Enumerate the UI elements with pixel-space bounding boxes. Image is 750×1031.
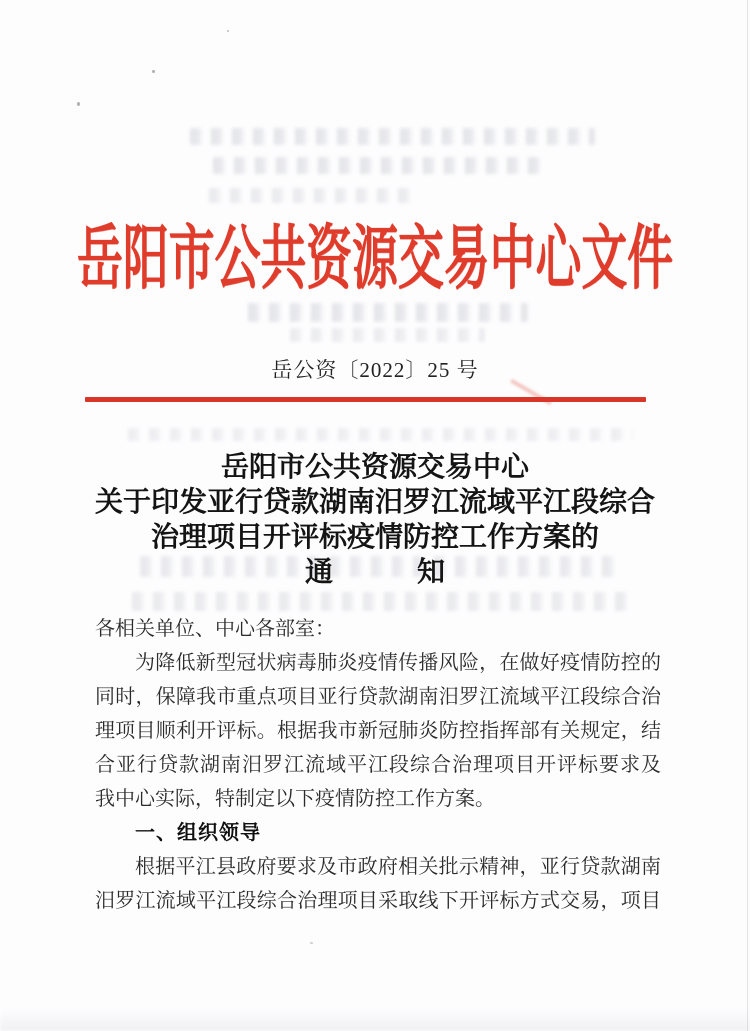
bleedthrough-text <box>128 428 633 441</box>
scan-bottom-shade <box>0 1009 750 1031</box>
section-heading: 一、组织领导 <box>95 816 661 850</box>
scan-speck <box>77 102 80 106</box>
document-page: 岳阳市公共资源交易中心文件 岳公资〔2022〕25 号 岳阳市公共资源交易中心 … <box>0 0 750 1031</box>
body-line: 根据平江县政府要求及市政府相关批示精神，亚行贷款湖南 <box>95 850 661 884</box>
body-text: 各相关单位、中心各部室： 为降低新型冠状病毒肺炎疫情传播风险，在做好疫情防控的 … <box>95 612 661 918</box>
scan-edge-line <box>747 0 748 1031</box>
bleedthrough-text <box>290 328 485 342</box>
scan-speck <box>310 942 313 944</box>
body-line: 合亚行贷款湖南汨罗江流域平江段综合治理项目开评标要求及 <box>95 748 661 782</box>
body-line: 理项目顺利开评标。根据我市新冠肺炎防控指挥部有关规定，结 <box>95 714 661 748</box>
notice-title-line: 通 知 <box>0 555 750 590</box>
salutation: 各相关单位、中心各部室： <box>95 612 661 646</box>
body-line: 为降低新型冠状病毒肺炎疫情传播风险，在做好疫情防控的 <box>95 646 661 680</box>
red-divider-line <box>85 397 646 402</box>
bleedthrough-text <box>132 592 630 611</box>
body-line: 同时，保障我市重点项目亚行贷款湖南汨罗江流域平江段综合治 <box>95 680 661 714</box>
scan-speck <box>152 70 155 73</box>
notice-title-line: 治理项目开评标疫情防控工作方案的 <box>0 520 750 555</box>
bleedthrough-text <box>213 157 545 174</box>
bleedthrough-text <box>209 188 415 203</box>
body-line: 我中心实际，特制定以下疫情防控工作方案。 <box>95 782 661 816</box>
doc-number: 岳公资〔2022〕25 号 <box>0 354 750 384</box>
bleedthrough-text <box>190 128 595 145</box>
bleedthrough-text <box>248 303 528 322</box>
notice-title-line: 关于印发亚行贷款湖南汨罗江流域平江段综合 <box>0 485 750 520</box>
letterhead-title-text: 岳阳市公共资源交易中心文件 <box>77 220 673 300</box>
notice-title: 岳阳市公共资源交易中心 关于印发亚行贷款湖南汨罗江流域平江段综合 治理项目开评标… <box>0 450 750 590</box>
scan-speck <box>227 30 229 32</box>
body-line: 汨罗江流域平江段综合治理项目采取线下开评标方式交易，项目 <box>95 884 661 918</box>
letterhead-title: 岳阳市公共资源交易中心文件 <box>0 220 750 300</box>
notice-title-line: 岳阳市公共资源交易中心 <box>0 450 750 485</box>
